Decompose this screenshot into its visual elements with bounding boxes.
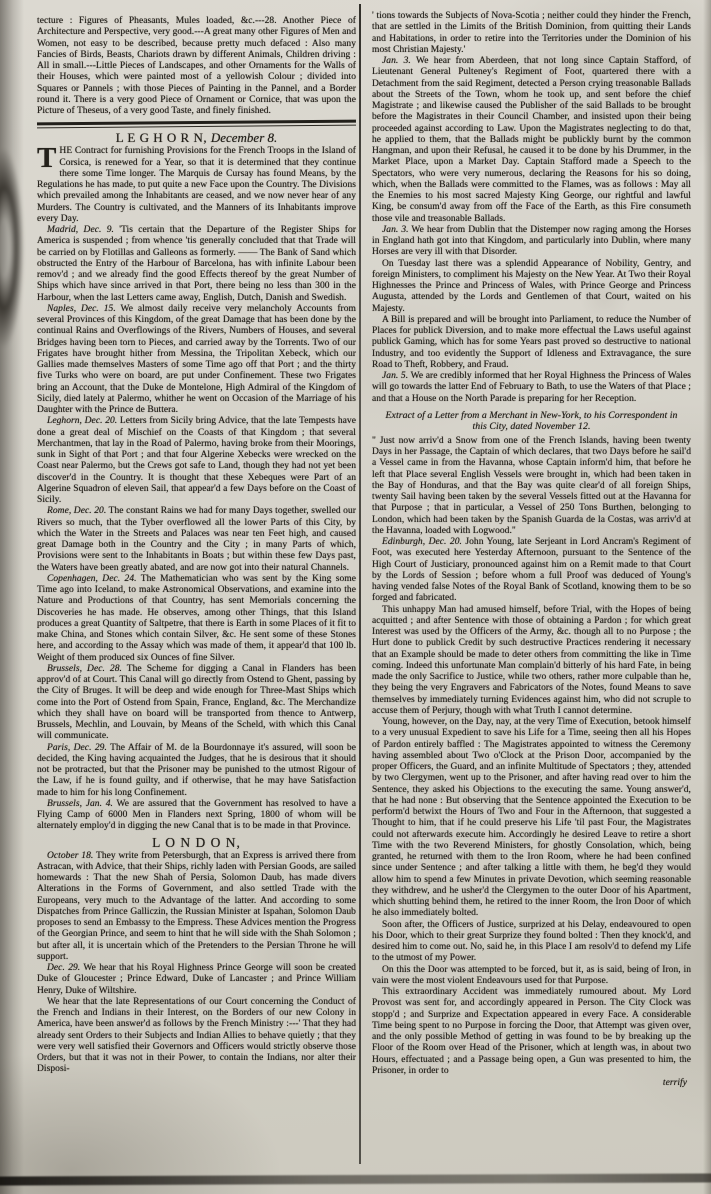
article-text: We hear from Aberdeen, that not long sin… <box>372 56 691 224</box>
naples-article: Naples, Dec. 15. We almost daily receive… <box>37 304 356 417</box>
catchword-text: terrify <box>663 1078 687 1088</box>
right-edge-shadow <box>703 0 711 1194</box>
gaming-bill-article: A Bill is prepared and will be brought i… <box>372 315 691 371</box>
young-execution-paragraph: Young, however, on the Day, nay, at the … <box>372 717 691 920</box>
princess-bath-article: Jan. 5. We are credibly informed that he… <box>372 371 691 405</box>
section-rule <box>37 120 356 129</box>
article-text: This unhappy Man had amused himself, bef… <box>372 605 691 716</box>
dateline: Edinburgh, Dec. 20. <box>382 537 462 547</box>
madrid-article: Madrid, Dec. 9. 'Tis certain that the De… <box>37 225 356 304</box>
article-text: HE Contract for furnishing Provisions fo… <box>37 146 356 224</box>
article-text: 'Tis certain that the Departure of the R… <box>37 225 356 303</box>
dateline: Leghorn, Dec. 20. <box>47 416 117 426</box>
newspaper-page: tecture : Figures of Pheasants, Mules lo… <box>0 0 711 1194</box>
article-text: " Just now arriv'd a Snow from one of th… <box>372 436 691 536</box>
leghorn-lead-article: THE Contract for furnishing Provisions f… <box>37 146 356 225</box>
dateline: Jan. 3. <box>382 225 409 235</box>
dateline: October 18. <box>47 851 93 861</box>
right-column: ' tions towards the Subjects of Nova-Sco… <box>372 11 691 1089</box>
article-text: We hear that the late Representations of… <box>37 997 356 1075</box>
article-text: A Bill is prepared and will be brought i… <box>372 315 691 370</box>
london-dec29-article: Dec. 29. We hear that his Royal Highness… <box>37 963 356 997</box>
french-ministry-article: We hear that the late Representations of… <box>37 997 356 1076</box>
dateline: Copenhagen, Dec. 24. <box>47 574 137 584</box>
dateline: Dec. 29. <box>47 963 80 973</box>
dateline: Rome, Dec. 20. <box>47 506 106 516</box>
dublin-distemper-article: Jan. 3. We hear from Dublin that the Dis… <box>372 225 691 259</box>
iron-door-paragraph: On this the Door was attempted to be for… <box>372 965 691 988</box>
officers-justice-paragraph: Soon after, the Officers of Justice, sur… <box>372 920 691 965</box>
ministry-reply-continuation: ' tions towards the Subjects of Nova-Sco… <box>372 11 691 56</box>
bottom-edge-shadow <box>0 1173 711 1185</box>
article-text: tecture : Figures of Pheasants, Mules lo… <box>37 16 356 116</box>
column-divider-rule <box>359 4 361 1164</box>
article-text: The Scheme for digging a Canal in Flande… <box>37 664 356 742</box>
ink-smudge <box>0 148 24 348</box>
brussels-jan4-article: Brussels, Jan. 4. We are assured that th… <box>37 799 356 833</box>
article-text: We hear that his Royal Highness Prince G… <box>37 963 356 996</box>
new-york-letter-paragraph: " Just now arriv'd a Snow from one of th… <box>372 436 691 537</box>
brussels-dec28-article: Brussels, Dec. 28. The Scheme for diggin… <box>37 664 356 743</box>
dateline: Jan. 3. <box>382 56 411 66</box>
article-text: They write from Petersburgh, that an Exp… <box>37 851 356 962</box>
article-text: Letters from Sicily bring Advice, that t… <box>37 416 356 505</box>
left-column: tecture : Figures of Pheasants, Mules lo… <box>37 16 356 1076</box>
dateline: Jan. 5. <box>382 371 408 381</box>
london-heading: L O N D O N, <box>37 835 356 850</box>
leghorn-heading: L E G H O R N, December 8. <box>37 130 356 145</box>
article-text: The Mathematician who was sent by the Ki… <box>37 574 356 663</box>
article-text: We hear from Dublin that the Distemper n… <box>372 225 691 258</box>
catchword: terrify <box>372 1078 687 1089</box>
provost-paragraph: This extraordinary Accident was immediat… <box>372 987 691 1077</box>
dateline: Naples, Dec. 15. <box>47 304 116 314</box>
heading-date: December 8. <box>211 130 277 145</box>
extract-letter-heading: Extract of a Letter from a Merchant in N… <box>378 410 685 433</box>
leghorn-dec20-article: Leghorn, Dec. 20. Letters from Sicily br… <box>37 416 356 506</box>
london-oct18-article: October 18. They write from Petersburgh,… <box>37 851 356 964</box>
court-new-year-article: On Tuesday last there was a splendid App… <box>372 259 691 315</box>
dateline: Paris, Dec. 29. <box>47 743 107 753</box>
article-text: Young, however, on the Day, nay, at the … <box>372 717 691 918</box>
heading-caps: L O N D O N, <box>152 835 241 850</box>
article-text: On Tuesday last there was a splendid App… <box>372 259 691 314</box>
aberdeen-article: Jan. 3. We hear from Aberdeen, that not … <box>372 56 691 225</box>
dateline: Madrid, Dec. 9. <box>47 225 114 235</box>
article-text: This extraordinary Accident was immediat… <box>372 987 691 1076</box>
article-text: ' tions towards the Subjects of Nova-Sco… <box>372 11 691 55</box>
paris-article: Paris, Dec. 29. The Affair of M. de la B… <box>37 743 356 799</box>
edinburgh-article: Edinburgh, Dec. 20. John Young, late Ser… <box>372 537 691 605</box>
left-edge-shadow <box>0 0 24 1194</box>
young-trial-paragraph: This unhappy Man had amused himself, bef… <box>372 605 691 718</box>
article-text: On this the Door was attempted to be for… <box>372 965 691 986</box>
dateline: Brussels, Jan. 4. <box>47 799 113 809</box>
article-text: Soon after, the Officers of Justice, sur… <box>372 920 691 964</box>
continuation-paragraph: tecture : Figures of Pheasants, Mules lo… <box>37 16 356 117</box>
rome-article: Rome, Dec. 20. The constant Rains we had… <box>37 506 356 574</box>
drop-cap: T <box>37 146 59 170</box>
article-text: We are credibly informed that her Royal … <box>372 371 691 404</box>
heading-text: Extract of a Letter from a Merchant in N… <box>386 410 678 433</box>
copenhagen-article: Copenhagen, Dec. 24. The Mathematician w… <box>37 574 356 664</box>
article-text: We almost daily receive very melancholy … <box>37 304 356 415</box>
heading-caps: L E G H O R N, <box>116 130 207 145</box>
dateline: Brussels, Dec. 28. <box>47 664 122 674</box>
